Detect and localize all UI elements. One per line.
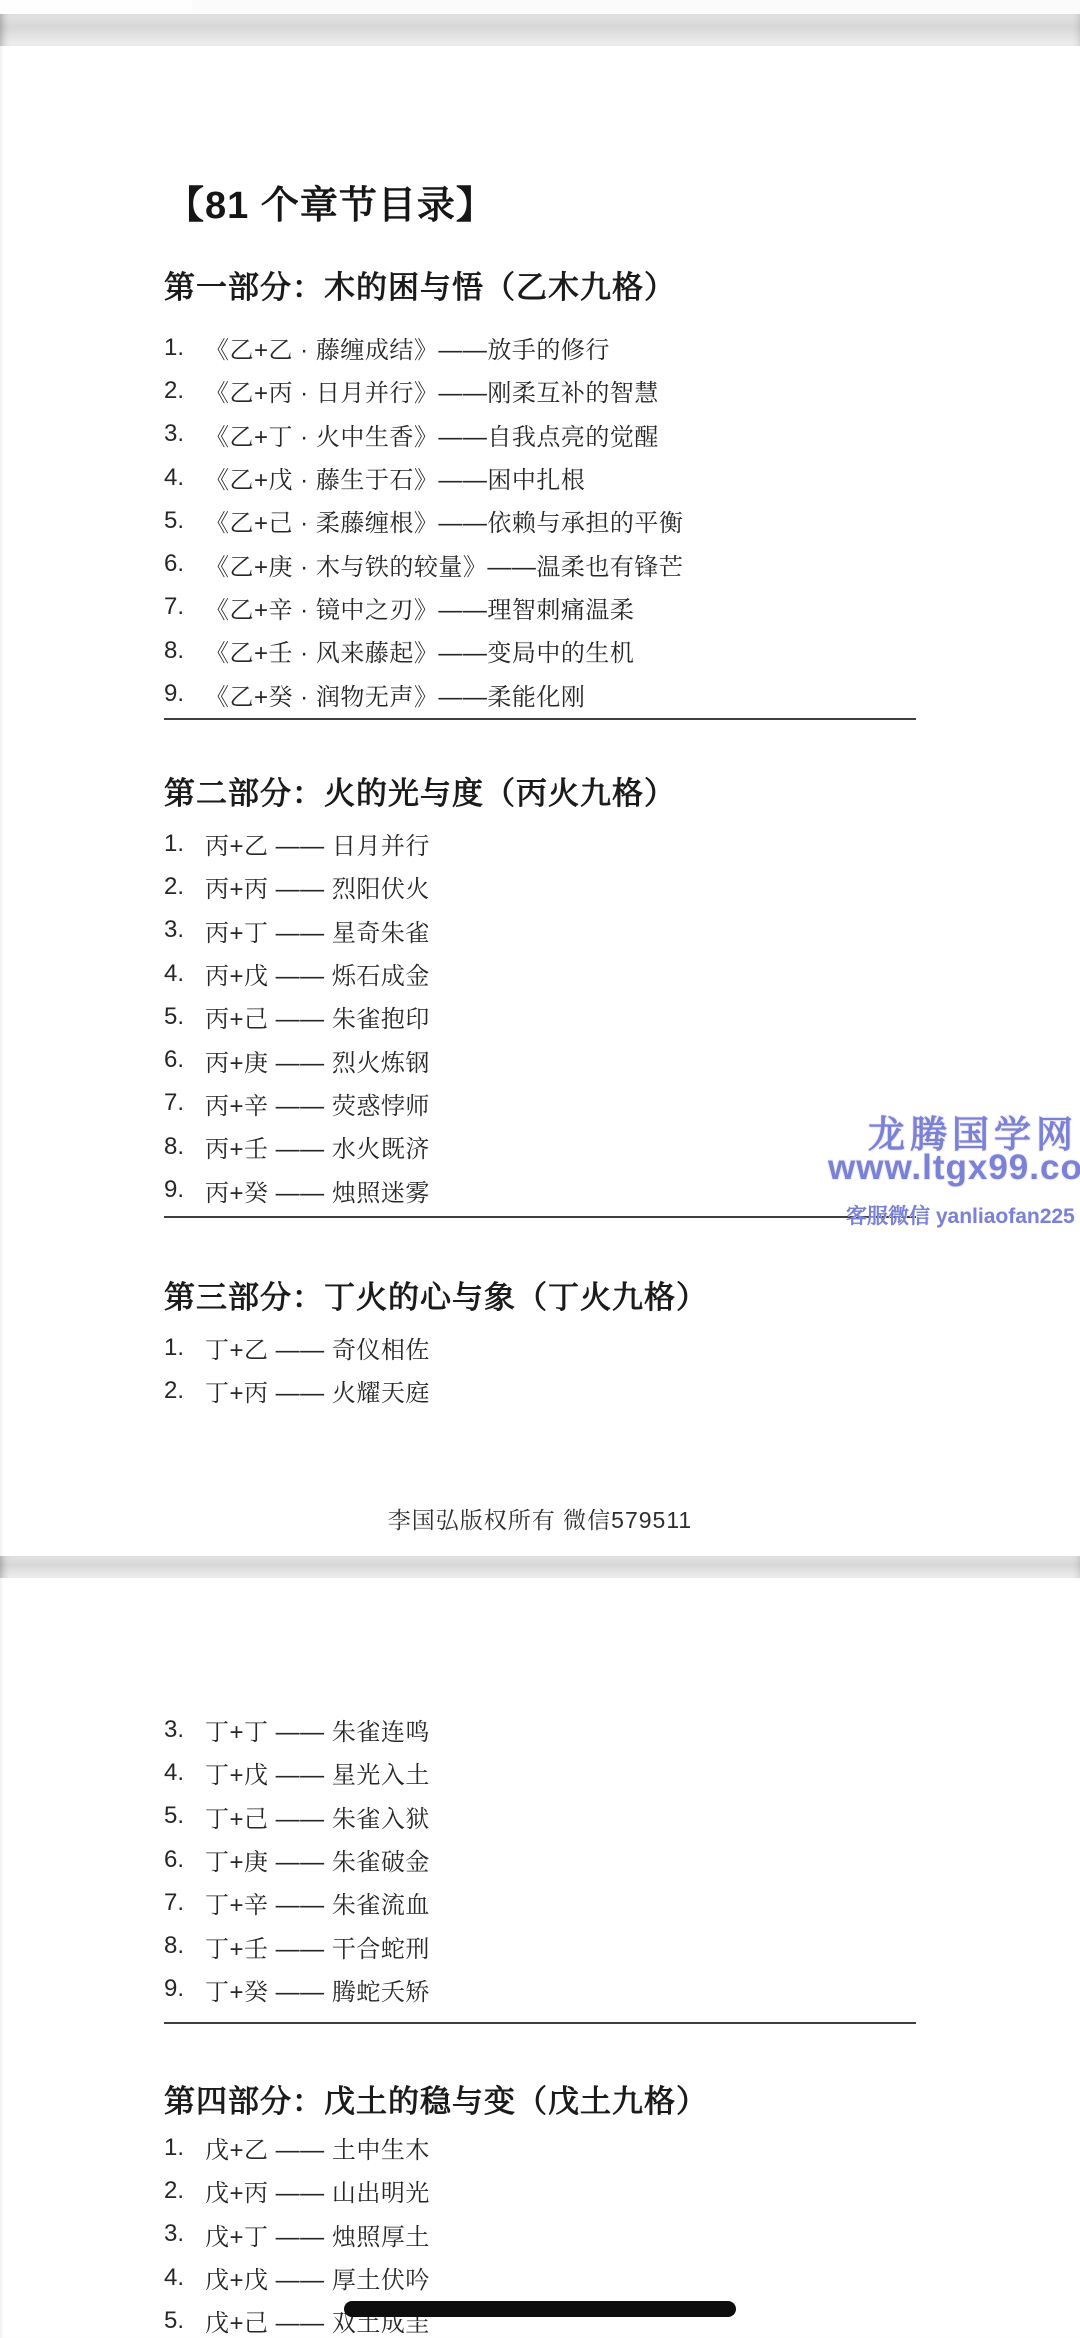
toc-item-number: 3. xyxy=(164,420,205,448)
toc-item: 7.丁+辛 —— 朱雀流血 xyxy=(164,1881,1024,1924)
watermark-site-url: www.ltgx99.com xyxy=(828,1148,1080,1188)
toc-item-text: 丁+丁 —— 朱雀连鸣 xyxy=(205,1712,430,1747)
toc-item-text: 《乙+丙 · 日月并行》——刚柔互补的智慧 xyxy=(205,373,659,408)
toc-item-number: 4. xyxy=(164,464,205,492)
toc-item-text: 丙+壬 —— 水火既济 xyxy=(205,1129,430,1164)
toc-item-number: 7. xyxy=(164,1089,205,1117)
toc-item: 1.丁+乙 —— 奇仪相佐 xyxy=(164,1326,1024,1369)
toc-item-text: 丙+己 —— 朱雀抱印 xyxy=(205,999,430,1034)
toc-item-text: 丙+庚 —— 烈火炼钢 xyxy=(205,1043,430,1078)
section-2-heading: 第二部分：火的光与度（丙火九格） xyxy=(164,768,676,813)
section-3-heading: 第三部分：丁火的心与象（丁火九格） xyxy=(164,1272,708,1317)
redaction-bar xyxy=(344,2301,736,2317)
toc-item-text: 《乙+己 · 柔藤缠根》——依赖与承担的平衡 xyxy=(205,503,683,538)
document-page-2: 3.丁+丁 —— 朱雀连鸣4.丁+戊 —— 星光入土5.丁+己 —— 朱雀入狱6… xyxy=(0,1578,1080,2338)
toc-item-text: 戊+戊 —— 厚土伏吟 xyxy=(205,2260,430,2295)
toc-item-text: 《乙+乙 · 藤缠成结》——放手的修行 xyxy=(205,330,610,365)
toc-item-text: 《乙+戊 · 藤生于石》——困中扎根 xyxy=(205,460,585,495)
document-page-1: 【81 个章节目录】 第一部分：木的困与悟（乙木九格） 1.《乙+乙 · 藤缠成… xyxy=(0,46,1080,1556)
toc-item: 6.《乙+庚 · 木与铁的较量》——温柔也有锋芒 xyxy=(164,542,1024,585)
toc-item-number: 2. xyxy=(164,873,205,901)
toc-item: 2.戊+丙 —— 山出明光 xyxy=(164,2169,1024,2212)
toc-item-text: 丙+戊 —— 烁石成金 xyxy=(205,956,430,991)
toc-item: 3.《乙+丁 · 火中生香》——自我点亮的觉醒 xyxy=(164,413,1024,456)
toc-item-number: 3. xyxy=(164,916,205,944)
page-gap-top xyxy=(0,14,1080,46)
toc-item-number: 9. xyxy=(164,680,205,708)
toc-item-text: 丁+乙 —— 奇仪相佐 xyxy=(205,1330,430,1365)
toc-item-number: 8. xyxy=(164,1932,205,1960)
toc-item-number: 2. xyxy=(164,377,205,405)
document-title: 【81 个章节目录】 xyxy=(166,174,495,229)
section-3-list: 1.丁+乙 —— 奇仪相佐2.丁+丙 —— 火耀天庭 xyxy=(164,1326,1024,1413)
toc-item: 6.丁+庚 —— 朱雀破金 xyxy=(164,1838,1024,1881)
toc-item-number: 3. xyxy=(164,1716,205,1744)
toc-item-number: 5. xyxy=(164,1802,205,1830)
toc-item: 4.《乙+戊 · 藤生于石》——困中扎根 xyxy=(164,456,1024,499)
toc-item-number: 1. xyxy=(164,1334,205,1362)
toc-item-text: 戊+丁 —— 烛照厚土 xyxy=(205,2217,430,2252)
toc-item-number: 5. xyxy=(164,2307,205,2335)
toc-item: 9.丁+癸 —— 腾蛇夭矫 xyxy=(164,1968,1024,2011)
toc-item: 4.戊+戊 —— 厚土伏吟 xyxy=(164,2256,1024,2299)
toc-item-text: 《乙+壬 · 风来藤起》——变局中的生机 xyxy=(205,633,634,668)
toc-item-text: 丁+丙 —— 火耀天庭 xyxy=(205,1373,430,1408)
toc-item-text: 丁+庚 —— 朱雀破金 xyxy=(205,1842,430,1877)
section-4-heading: 第四部分：戊土的稳与变（戊土九格） xyxy=(164,2076,708,2121)
toc-item-number: 2. xyxy=(164,1377,205,1405)
toc-item: 5.《乙+己 · 柔藤缠根》——依赖与承担的平衡 xyxy=(164,499,1024,542)
toc-item-number: 8. xyxy=(164,637,205,665)
toc-item-text: 《乙+庚 · 木与铁的较量》——温柔也有锋芒 xyxy=(205,547,683,582)
toc-item-text: 丙+丁 —— 星奇朱雀 xyxy=(205,913,430,948)
toc-item-text: 丙+癸 —— 烛照迷雾 xyxy=(205,1173,430,1208)
toc-item-text: 丁+己 —— 朱雀入狱 xyxy=(205,1799,430,1834)
toc-item: 2.《乙+丙 · 日月并行》——刚柔互补的智慧 xyxy=(164,369,1024,412)
toc-item: 3.戊+丁 —— 烛照厚土 xyxy=(164,2213,1024,2256)
watermark-contact: 客服微信 yanliaofan225 xyxy=(846,1200,1075,1230)
section-3-list-continued: 3.丁+丁 —— 朱雀连鸣4.丁+戊 —— 星光入土5.丁+己 —— 朱雀入狱6… xyxy=(164,1708,1024,2011)
toc-item: 6.丙+庚 —— 烈火炼钢 xyxy=(164,1038,1024,1081)
toc-item-text: 戊+乙 —— 土中生木 xyxy=(205,2130,430,2165)
toc-item-number: 4. xyxy=(164,2264,205,2292)
page-gap-middle xyxy=(0,1556,1080,1578)
toc-item-number: 1. xyxy=(164,830,205,858)
section-1-heading: 第一部分：木的困与悟（乙木九格） xyxy=(164,262,676,307)
toc-item: 4.丙+戊 —— 烁石成金 xyxy=(164,952,1024,995)
toc-item-text: 丁+戊 —— 星光入土 xyxy=(205,1755,430,1790)
toc-item: 2.丁+丙 —— 火耀天庭 xyxy=(164,1369,1024,1412)
toc-item-text: 戊+丙 —— 山出明光 xyxy=(205,2173,430,2208)
toc-item-number: 9. xyxy=(164,1176,205,1204)
toc-item-text: 《乙+癸 · 润物无声》——柔能化刚 xyxy=(205,677,585,712)
section-divider-2 xyxy=(164,1216,916,1218)
toc-item-number: 7. xyxy=(164,593,205,621)
toc-item: 8.丁+壬 —— 干合蛇刑 xyxy=(164,1924,1024,1967)
toc-item: 1.丙+乙 —— 日月并行 xyxy=(164,822,1024,865)
toc-item-text: 丙+乙 —— 日月并行 xyxy=(205,826,430,861)
toc-item-number: 4. xyxy=(164,960,205,988)
toc-item-text: 《乙+辛 · 镜中之刃》——理智刺痛温柔 xyxy=(205,590,634,625)
toc-item-number: 4. xyxy=(164,1759,205,1787)
toc-item-number: 1. xyxy=(164,2134,205,2162)
toc-item: 9.《乙+癸 · 润物无声》——柔能化刚 xyxy=(164,672,1024,715)
toc-item-number: 2. xyxy=(164,2177,205,2205)
section-divider-1 xyxy=(164,718,916,720)
toc-item-text: 丁+癸 —— 腾蛇夭矫 xyxy=(205,1972,430,2007)
toc-item: 7.《乙+辛 · 镜中之刃》——理智刺痛温柔 xyxy=(164,586,1024,629)
document-viewer: { "document": { "title": "【81 个章节目录】", "… xyxy=(0,0,1080,2338)
toc-item: 4.丁+戊 —— 星光入土 xyxy=(164,1751,1024,1794)
toc-item: 3.丙+丁 —— 星奇朱雀 xyxy=(164,909,1024,952)
toc-item: 8.《乙+壬 · 风来藤起》——变局中的生机 xyxy=(164,629,1024,672)
section-1-list: 1.《乙+乙 · 藤缠成结》——放手的修行2.《乙+丙 · 日月并行》——刚柔互… xyxy=(164,326,1024,716)
toc-item-number: 6. xyxy=(164,550,205,578)
toc-item-number: 1. xyxy=(164,334,205,362)
toc-item-number: 5. xyxy=(164,507,205,535)
toc-item-text: 丙+丙 —— 烈阳伏火 xyxy=(205,869,430,904)
toc-item-text: 丙+辛 —— 荧惑悖师 xyxy=(205,1086,430,1121)
toc-item: 5.丁+己 —— 朱雀入狱 xyxy=(164,1795,1024,1838)
toc-item-number: 7. xyxy=(164,1889,205,1917)
toc-item-text: 《乙+丁 · 火中生香》——自我点亮的觉醒 xyxy=(205,417,659,452)
toc-item-text: 丁+辛 —— 朱雀流血 xyxy=(205,1885,430,1920)
toc-item-number: 8. xyxy=(164,1133,205,1161)
section-divider-3 xyxy=(164,2022,916,2024)
toc-item-number: 6. xyxy=(164,1046,205,1074)
toc-item-number: 3. xyxy=(164,2220,205,2248)
toc-item-text: 丁+壬 —— 干合蛇刑 xyxy=(205,1929,430,1964)
copyright-line: 李国弘版权所有 微信579511 xyxy=(0,1502,1080,1535)
toc-item-number: 6. xyxy=(164,1846,205,1874)
toc-item-number: 5. xyxy=(164,1003,205,1031)
toc-item: 1.《乙+乙 · 藤缠成结》——放手的修行 xyxy=(164,326,1024,369)
toc-item: 2.丙+丙 —— 烈阳伏火 xyxy=(164,865,1024,908)
toc-item: 3.丁+丁 —— 朱雀连鸣 xyxy=(164,1708,1024,1751)
toc-item-number: 9. xyxy=(164,1975,205,2003)
toc-item: 1.戊+乙 —— 土中生木 xyxy=(164,2126,1024,2169)
toc-item: 5.丙+己 —— 朱雀抱印 xyxy=(164,995,1024,1038)
